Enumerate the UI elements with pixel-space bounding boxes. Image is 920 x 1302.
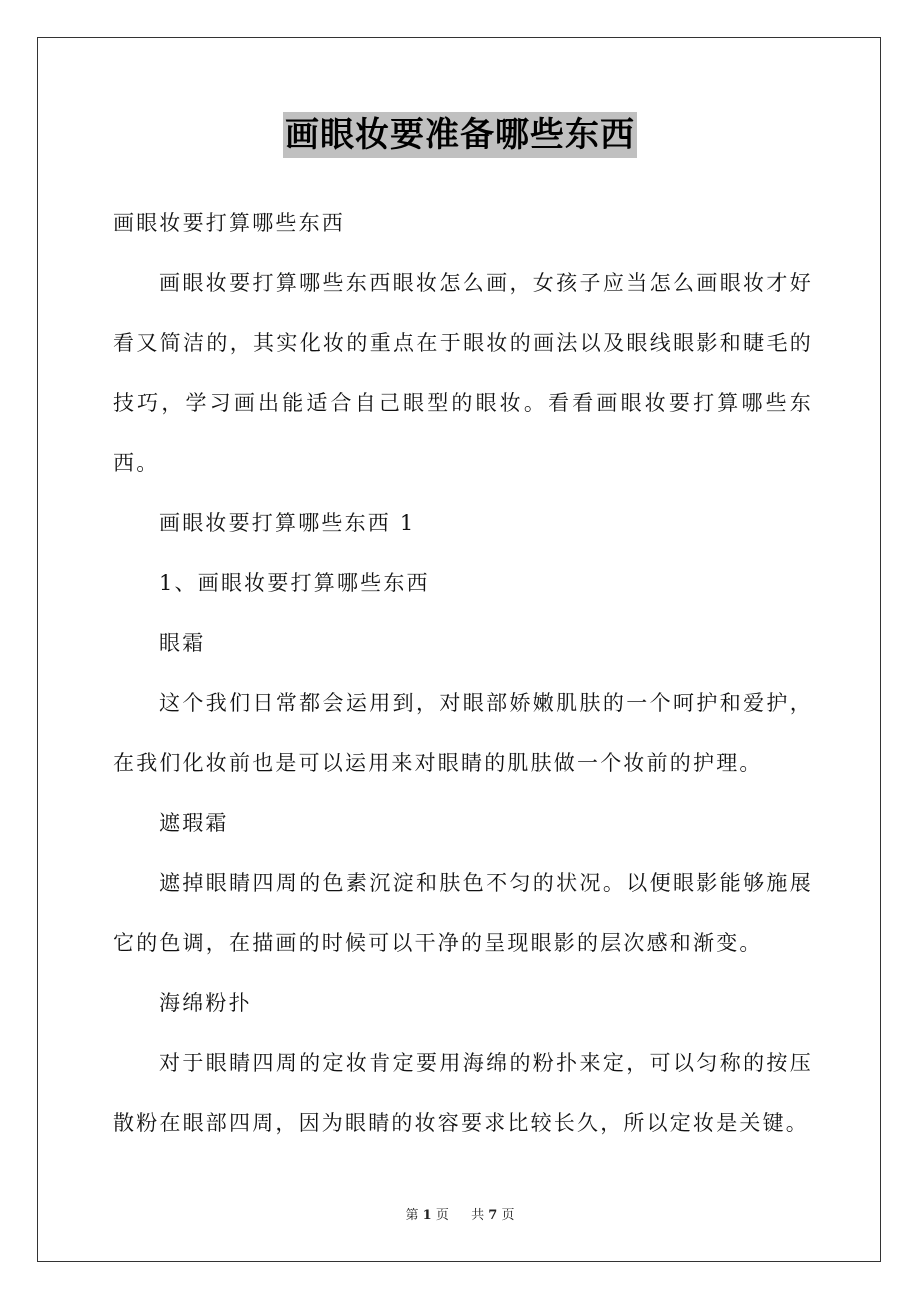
document-title: 画眼妆要准备哪些东西 <box>283 112 637 158</box>
item-heading-sponge-puff: 海绵粉扑 <box>113 973 813 1033</box>
item-heading-concealer: 遮瑕霜 <box>113 793 813 853</box>
paragraph-subtitle: 画眼妆要打算哪些东西 <box>113 193 813 253</box>
paragraph-concealer: 遮掉眼睛四周的色素沉淀和肤色不匀的状况。以便眼影能够施展它的色调，在描画的时候可… <box>113 853 813 973</box>
paragraph-eye-cream: 这个我们日常都会运用到，对眼部娇嫩肌肤的一个呵护和爱护，在我们化妆前也是可以运用… <box>113 673 813 793</box>
paragraph-sponge-puff: 对于眼睛四周的定妆肯定要用海绵的粉扑来定，可以匀称的按压散粉在眼部四周，因为眼睛… <box>113 1033 813 1153</box>
total-page-count: 7 <box>488 1208 497 1223</box>
paragraph-intro: 画眼妆要打算哪些东西眼妆怎么画，女孩子应当怎么画眼妆才好看又简洁的，其实化妆的重… <box>113 253 813 493</box>
document-body: 画眼妆要打算哪些东西 画眼妆要打算哪些东西眼妆怎么画，女孩子应当怎么画眼妆才好看… <box>113 193 813 1153</box>
item-heading-eye-cream: 眼霜 <box>113 613 813 673</box>
page-footer: 第 1 页 共 7 页 <box>0 1206 920 1226</box>
section-heading: 画眼妆要打算哪些东西 1 <box>113 493 813 553</box>
total-suffix: 页 <box>501 1206 514 1226</box>
page-prefix: 第 <box>406 1206 419 1226</box>
total-prefix: 共 <box>471 1206 484 1226</box>
title-container: 画眼妆要准备哪些东西 <box>0 112 920 158</box>
current-page-number: 1 <box>423 1208 432 1223</box>
subsection-heading: 1、画眼妆要打算哪些东西 <box>113 553 813 613</box>
page-suffix: 页 <box>436 1206 449 1226</box>
